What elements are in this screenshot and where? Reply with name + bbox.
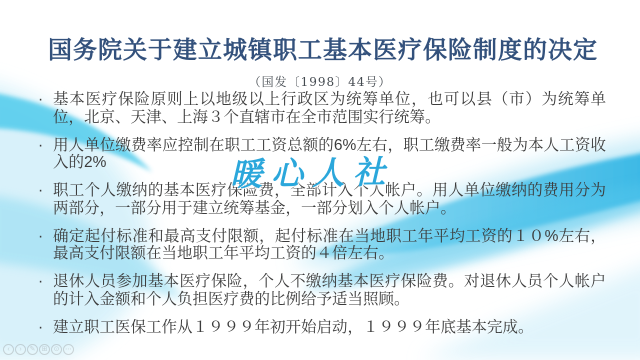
bullet-text: 确定起付标准和最高支付限额，起付标准在当地职工年平均工资的１０%左右，最高支付限… [53, 228, 606, 263]
bullet-item: · 退休人员参加基本医疗保险，个人不缴纳基本医疗保险费。对退休人员个人帐户的计入… [38, 273, 606, 308]
bullet-text: 建立职工医保工作从１９９９年初开始启动，１９９９年底基本完成。 [53, 319, 606, 337]
bullet-item: · 确定起付标准和最高支付限额，起付标准在当地职工年平均工资的１０%左右，最高支… [38, 228, 606, 263]
chevron-left-icon: ‹ [7, 346, 9, 353]
bullet-marker: · [38, 319, 53, 337]
previous-slide-button[interactable]: ‹ [3, 344, 14, 355]
ellipsis-icon: ⋯ [65, 346, 72, 353]
next-slide-button[interactable]: › [15, 344, 26, 355]
magnifier-icon: ⊙ [54, 346, 60, 353]
bullet-list: · 基本医疗保险原则上以地级以上行政区为统筹单位，也可以县（市）为统筹单位，北京… [38, 91, 606, 336]
slide: 国务院关于建立城镇职工基本医疗保险制度的决定 （国发〔1998〕44号） · 基… [0, 0, 640, 360]
bullet-marker: · [38, 182, 53, 200]
bullet-marker: · [38, 91, 53, 109]
more-options-button[interactable]: ⋯ [63, 344, 74, 355]
pen-annotate-button[interactable]: ✎ [27, 344, 38, 355]
bullet-item: · 建立职工医保工作从１９９９年初开始启动，１９９９年底基本完成。 [38, 319, 606, 337]
chevron-right-icon: › [19, 346, 21, 353]
bullet-marker: · [38, 137, 53, 155]
slide-subtitle-document-number: （国发〔1998〕44号） [0, 73, 640, 90]
bullet-item: · 基本医疗保险原则上以地级以上行政区为统筹单位，也可以县（市）为统筹单位，北京… [38, 91, 606, 126]
presenter-controls: ‹ › ✎ ⊞ ⊙ ⋯ [3, 344, 74, 355]
bullet-marker: · [38, 228, 53, 246]
bullet-text: 基本医疗保险原则上以地级以上行政区为统筹单位，也可以县（市）为统筹单位，北京、天… [53, 91, 606, 126]
grid-icon: ⊞ [42, 346, 48, 353]
watermark-text: 暖心人社 [230, 146, 417, 195]
see-all-slides-button[interactable]: ⊞ [39, 344, 50, 355]
bullet-text: 退休人员参加基本医疗保险，个人不缴纳基本医疗保险费。对退休人员个人帐户的计入金额… [53, 273, 606, 308]
slide-title: 国务院关于建立城镇职工基本医疗保险制度的决定 [20, 36, 626, 66]
bullet-marker: · [38, 273, 53, 291]
pen-icon: ✎ [30, 346, 36, 353]
zoom-slide-button[interactable]: ⊙ [51, 344, 62, 355]
